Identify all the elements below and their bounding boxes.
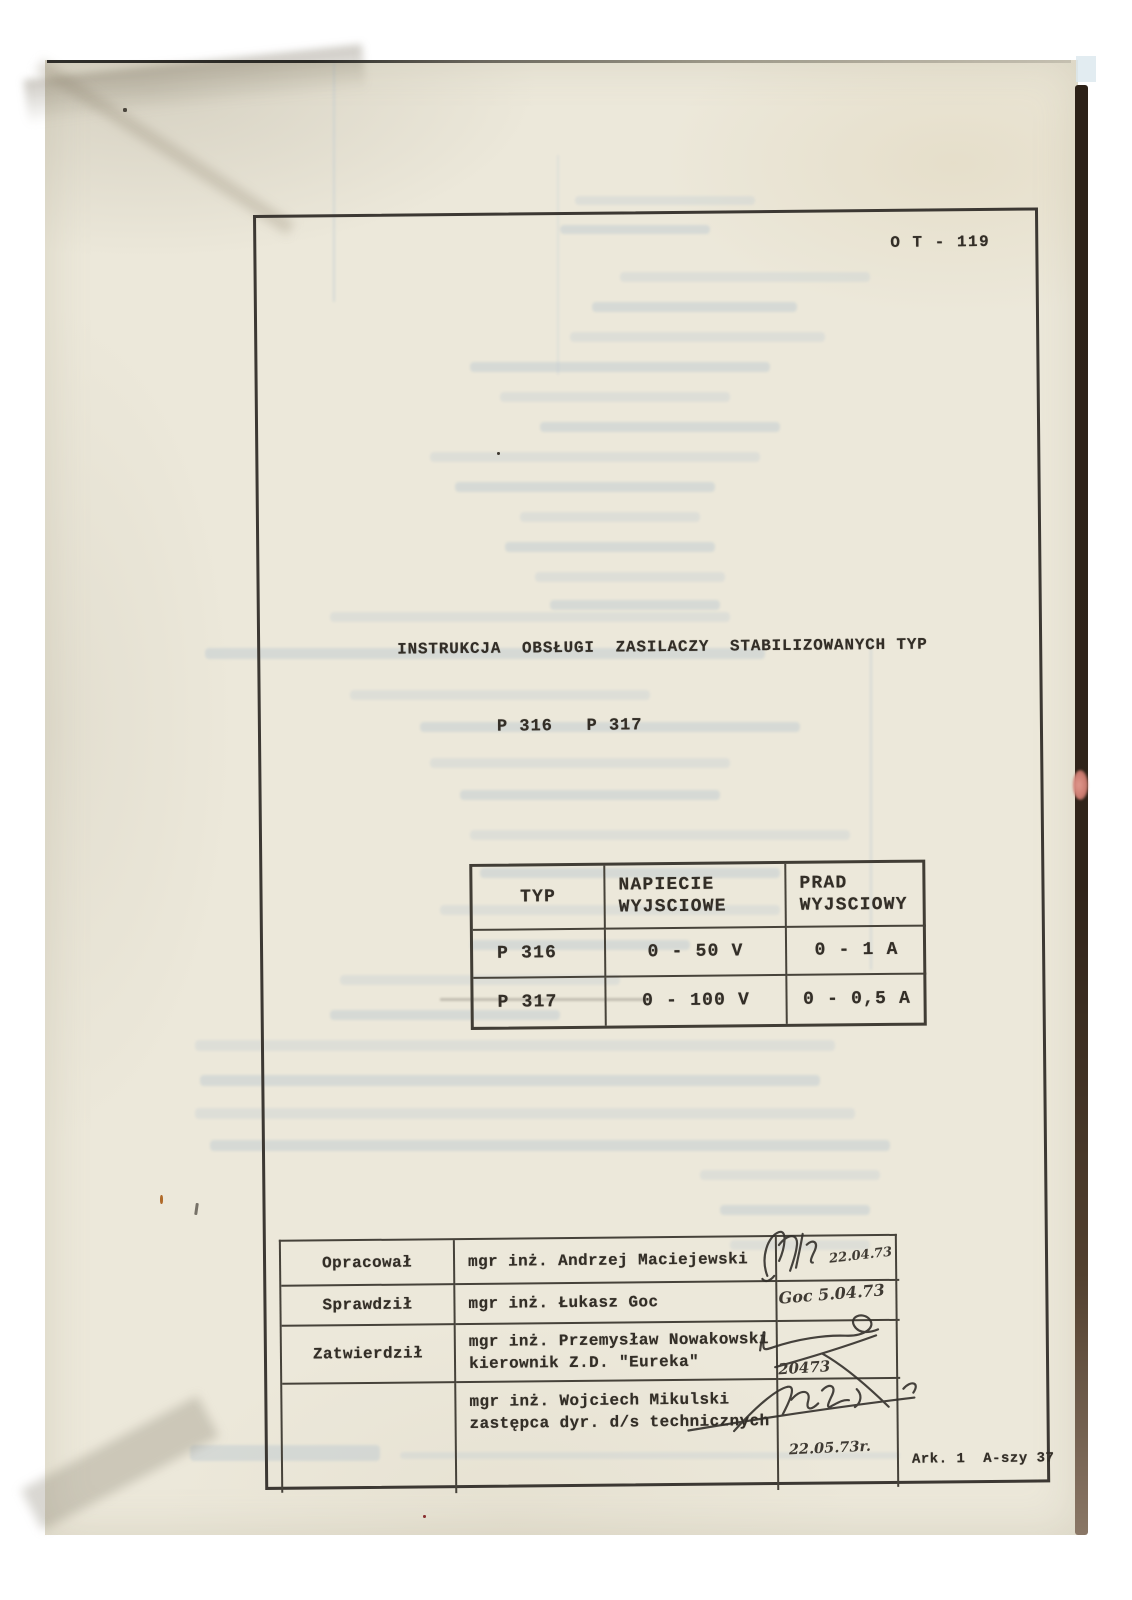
spec-cell-current: 0 - 0,5 A — [787, 975, 926, 1024]
model-numbers: P 316 P 317 — [497, 716, 643, 736]
spec-table: TYP NAPIECIE WYJSCIOWE PRAD WYJSCIOWY P … — [469, 860, 927, 1030]
sheet-number-note: Ark. 1 A-szy 37 — [912, 1450, 1055, 1467]
approval-name-line1: mgr inż. Wojciech Mikulski — [469, 1388, 776, 1413]
paper-top-edge — [47, 60, 1071, 63]
spec-header-current-line1: PRAD — [799, 872, 925, 895]
approval-signature-cell — [778, 1379, 901, 1490]
pink-edge-mark — [1073, 770, 1088, 800]
scan-corner-artifact — [1076, 56, 1096, 82]
spec-header-current-line2: WYJSCIOWY — [800, 894, 926, 917]
spec-cell-typ: P 317 — [473, 978, 606, 1027]
approval-name-line1: mgr inż. Łukasz Goc — [468, 1290, 775, 1315]
spec-header-voltage-line1: NAPIECIE — [618, 873, 784, 897]
approval-name-line2: zastępca dyr. d/s technicznych — [470, 1410, 777, 1435]
approval-name-line1: mgr inż. Andrzej Maciejewski — [468, 1248, 775, 1273]
paper-speck-orange — [160, 1195, 163, 1204]
approval-name: mgr inż. Andrzej Maciejewski — [455, 1237, 777, 1285]
approval-role: Zatwierdził — [282, 1325, 457, 1385]
paper-sheet: O T - 119 INSTRUKCJA OBSŁUGI ZASILACZY S… — [45, 60, 1078, 1535]
approval-role: Opracował — [281, 1240, 455, 1287]
document-title: INSTRUKCJA OBSŁUGI ZASILACZY STABILIZOWA… — [397, 636, 928, 659]
spec-header-typ-label: TYP — [520, 886, 556, 908]
spec-header-typ: TYP — [472, 866, 606, 931]
approval-role — [282, 1383, 457, 1495]
paper-speck-red — [423, 1515, 426, 1518]
approval-name: mgr inż. Wojciech Mikulski zastępca dyr.… — [456, 1380, 779, 1493]
spec-cell-current: 0 - 1 A — [787, 927, 926, 976]
spec-cell-typ: P 316 — [473, 930, 606, 979]
paper-speck — [123, 108, 127, 112]
spec-cell-voltage: 0 - 50 V — [606, 928, 787, 978]
approval-name-line1: mgr inż. Przemysław Nowakowski — [469, 1328, 776, 1353]
signature-date: 20473 — [778, 1357, 831, 1378]
scanned-document-page: O T - 119 INSTRUKCJA OBSŁUGI ZASILACZY S… — [0, 0, 1132, 1600]
signature-date: 22.05.73r. — [789, 1438, 872, 1459]
document-frame: O T - 119 INSTRUKCJA OBSŁUGI ZASILACZY S… — [253, 207, 1050, 1489]
spec-header-voltage: NAPIECIE WYJSCIOWE — [605, 864, 787, 930]
scan-edge-shadow — [1075, 85, 1088, 1535]
spec-cell-voltage: 0 - 100 V — [606, 976, 787, 1026]
paper-speck — [497, 452, 500, 455]
approval-role: Sprawdził — [281, 1285, 455, 1327]
spec-header-current: PRAD WYJSCIOWY — [786, 863, 926, 928]
approval-name-line2: kierownik Z.D. "Eureka" — [469, 1350, 776, 1375]
approval-name: mgr inż. Łukasz Goc — [455, 1282, 777, 1325]
approval-name: mgr inż. Przemysław Nowakowski kierownik… — [456, 1322, 779, 1383]
spec-header-voltage-line2: WYJSCIOWE — [619, 895, 785, 919]
bleed-through-artifact — [575, 196, 755, 205]
doc-number: O T - 119 — [890, 233, 990, 252]
